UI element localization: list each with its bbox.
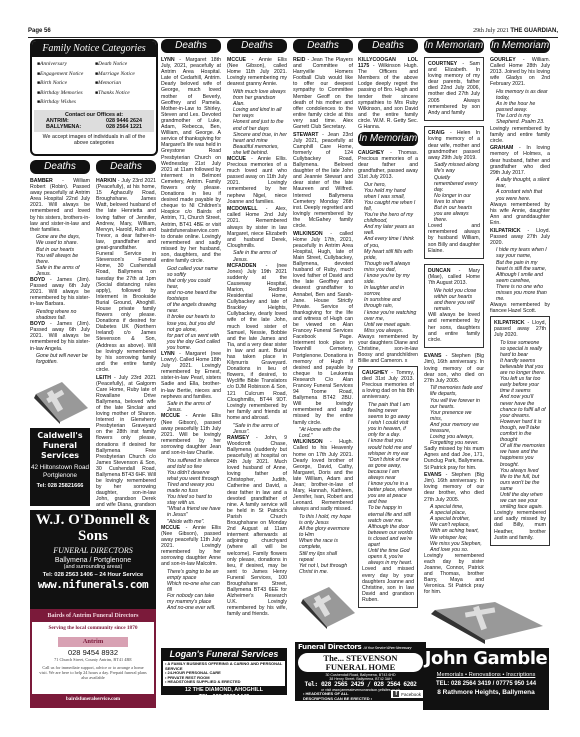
verse-line: Honest and just to the end of her days bbox=[227, 119, 287, 131]
notice-text: - called Home July 17th, 2021, peacefull… bbox=[293, 231, 353, 426]
notice-text: - July 23rd 2021 (Peacefully), at Galgor… bbox=[96, 375, 156, 527]
verse-line: Gone but will never be forgotten. bbox=[30, 353, 90, 365]
verse-line: A daily thought, a silent tear, bbox=[490, 177, 550, 189]
notice: GRAHAM - In loving memory of Holmes, a d… bbox=[490, 145, 550, 226]
verse-line: Although the door between our worlds is … bbox=[362, 524, 414, 548]
ad-caldwells-funeral-services: Caldwell's Funeral Services 42 Hiltonsto… bbox=[30, 428, 90, 506]
bible-icon bbox=[425, 600, 545, 644]
section-tab-memoriam: In Memoriam bbox=[490, 39, 550, 53]
nifunerals-link[interactable]: www.nifunerals.com bbox=[30, 578, 156, 591]
verse-line: My heart still fills with pride, bbox=[358, 249, 418, 261]
notice: WILKINSON - Hugh. Called to his Heavenly… bbox=[293, 439, 353, 575]
notice-name: REID bbox=[293, 57, 305, 63]
notice: KILLYCOOGAN LOL 1175 - Wilkinson Hugh. T… bbox=[358, 57, 418, 130]
verse-line: The Lord is my Shepherd. Psalm 23. bbox=[490, 113, 550, 125]
deaths-column-4: DeathsMCCUE - Annie Ellis (Nee Gibson), … bbox=[227, 39, 287, 639]
notice-signoff: Always remembered by your daughters Dian… bbox=[358, 334, 418, 364]
notice-text: - Annie Ellis (Nee Gibson), passed away … bbox=[161, 413, 221, 456]
deaths-memoriam-column-6: DeathsKILLYCOOGAN LOL 1175 - Wilkinson H… bbox=[358, 39, 418, 639]
notice: CRAIG - Helen In loving memory of a dear… bbox=[424, 126, 484, 259]
verse-line: God called your name so softly bbox=[161, 266, 221, 278]
notice-name: LEITH bbox=[96, 375, 111, 381]
verse-line: Tired and weary you made no fuss bbox=[161, 482, 221, 494]
category-item: Memorian bbox=[95, 79, 153, 89]
notice-name: MCCUE bbox=[227, 156, 246, 162]
category-item: Birthday Memories bbox=[37, 89, 95, 99]
notice-name: MCCUE bbox=[161, 525, 180, 531]
notice-name: COURTNEY bbox=[428, 61, 457, 67]
verse-line: When the race is complete, bbox=[293, 538, 353, 550]
verse-line: You always lived life to the full, but o… bbox=[494, 468, 546, 492]
deaths-column-3: DeathsLYNN - Margaret 18th July, 2021, p… bbox=[161, 39, 221, 639]
verse-line: Your presence we miss, bbox=[424, 410, 484, 422]
verse-line: You tried so hard to stay with us. bbox=[161, 494, 221, 506]
verse-line: Safe in the arms of Jesus. bbox=[30, 265, 90, 277]
verse-line: "Safe in the arms of Jesus". bbox=[227, 423, 287, 435]
verse-line: And your memory we treasure, bbox=[424, 422, 484, 434]
notice-signoff: Loved and missed every day by your daugh… bbox=[362, 566, 414, 603]
verse-line: I know you're watching over me, bbox=[358, 310, 418, 322]
notice-name: HARKIN bbox=[96, 178, 116, 184]
family-notice-categories: Family Notice Categories Anniversary Dea… bbox=[30, 39, 158, 156]
verse-line: and no-one heard the footsteps bbox=[161, 290, 221, 302]
verse-line: Safe in the arms of Jesus. bbox=[227, 250, 287, 262]
verse-line: You caught me when I fell, bbox=[358, 200, 418, 212]
verse-line: In sunshine and through rain, bbox=[358, 297, 418, 309]
notice-name: KILPATRICK bbox=[490, 228, 521, 234]
deaths-column-2: DeathsHARKIN - July 23rd 2021 (Peacefull… bbox=[96, 160, 156, 528]
verse-line: Although I smile and seem carefree, bbox=[490, 272, 550, 284]
categories-list: Anniversary Death Notice Engagement Noti… bbox=[32, 57, 156, 108]
notice-signoff: Will always be loved and remembered by h… bbox=[428, 312, 480, 342]
verse-line: of the angels drawing near. bbox=[161, 302, 221, 314]
notice-name: BAMBER bbox=[30, 178, 53, 184]
verse-line: "Don't think of me as gone away, because… bbox=[362, 457, 414, 481]
section-tab-deaths: Deaths bbox=[96, 160, 156, 174]
notice-name: CAUGHEY bbox=[362, 370, 388, 376]
notice-name: LYNN bbox=[161, 57, 175, 63]
notice-signoff: Lovingly remembered and sadly missed by … bbox=[494, 510, 546, 540]
verse-line: Till memories fade and life departs, bbox=[424, 385, 484, 397]
notice: COURTNEY - Sam and Elizabeth. In loving … bbox=[424, 57, 484, 121]
notice-name: MCCUE bbox=[161, 413, 180, 419]
verse-line: "What a friend we have in Jesus" bbox=[161, 506, 221, 518]
verse-line: Until the day when we can see your smili… bbox=[494, 492, 546, 510]
notice: KILPATRICK - Lloyd, passed away 27th Jul… bbox=[490, 316, 550, 546]
notice-text: - July 23rd 2021 (Peacefully), at his ho… bbox=[96, 178, 156, 373]
verse-line: that only you could hear, bbox=[161, 278, 221, 290]
verse-line: To be happy in eternal life and still wa… bbox=[362, 505, 414, 523]
categories-title: Family Notice Categories bbox=[32, 41, 156, 57]
section-tab-memoriam: In Memoriam bbox=[424, 39, 484, 53]
notice-name: CAUGHEY bbox=[358, 150, 384, 156]
verse-line: Yet not I, but through Christ in me. bbox=[293, 563, 353, 575]
verse-line: Safe in the arms of Jesus. bbox=[161, 401, 221, 413]
ad-wj-odonnell: W.J. O'Donnell & Sons FUNERAL DIRECTORS … bbox=[30, 510, 156, 620]
verse-line: I know you're by my side. bbox=[358, 273, 418, 285]
verse-line: With much love always from her grandson … bbox=[227, 89, 287, 107]
notice: BAMBER - William Robert (Robin). Passed … bbox=[30, 178, 90, 277]
notice: WILKINSON - called Home July 17th, 2021,… bbox=[293, 231, 353, 440]
verse-line: Until the time God opens it, you're alwa… bbox=[362, 548, 414, 566]
notice-text: - Alex, called Home 2nd July 2021. Remem… bbox=[227, 206, 287, 249]
verse-line: There is no one who misses you more than… bbox=[490, 284, 550, 302]
facebook-icon: f bbox=[393, 691, 399, 697]
memoriam-column-7: In MemoriamCOURTNEY - Sam and Elizabeth.… bbox=[424, 39, 484, 639]
verse-line: However hard it is though, we'll take co… bbox=[494, 419, 546, 443]
notice-name: RAMSEY bbox=[227, 435, 249, 441]
notice-signoff: Always remembered by his wife Annie, dau… bbox=[490, 202, 550, 226]
deaths-column-5: DeathsREID - Jean The Players and Commit… bbox=[293, 39, 353, 601]
verse-line: We hold you close within our hearts bbox=[428, 288, 480, 300]
section-tab-deaths: Deaths bbox=[227, 39, 287, 53]
notice-name: MCFADDEN bbox=[227, 263, 256, 269]
verse-line: And my later years as well. bbox=[358, 224, 418, 236]
verse-line: You will always be there. bbox=[30, 253, 90, 265]
ad-logans-funeral-services: Logan's Funeral Services • A FAMILY BUSI… bbox=[161, 648, 287, 695]
verse-line: Sadly missed along life's way bbox=[428, 162, 480, 174]
verse-line: You suffered in silence and told so few bbox=[161, 458, 221, 470]
verse-line: Quietly remembered every day. bbox=[428, 175, 480, 193]
verse-line: Though we'll always miss you dad, bbox=[358, 261, 418, 273]
bible-icon bbox=[298, 585, 358, 629]
category-item: Thanks Notice bbox=[95, 89, 153, 99]
notice: GOURLEY - William. Called Home 28th July… bbox=[490, 57, 550, 144]
notice: DUNCAN - Mary (Mae), called Home 7th Aug… bbox=[424, 264, 484, 348]
verse-line: His memory is as dear today, bbox=[490, 89, 550, 101]
verse-line: You didn't deserve what you went through bbox=[161, 470, 221, 482]
page-number: Page 56 bbox=[28, 28, 51, 34]
notice-signoff: Always remembered by fiancee Hazel Scott… bbox=[490, 302, 550, 314]
facebook-badge[interactable]: fFacebook bbox=[391, 690, 423, 698]
bible-icon bbox=[32, 380, 90, 424]
verse-line: I hide my tears when I say your name, bbox=[490, 247, 550, 259]
bairds-web-link[interactable]: bairdsfuneralservice.com bbox=[32, 694, 154, 706]
ad-john-gamble: John Gamble Memorials • Renovations • In… bbox=[423, 648, 549, 710]
verse-line: for part of us went with you the day God… bbox=[161, 333, 221, 351]
notice-name: EVANS bbox=[424, 472, 442, 478]
verse-line: To this I hold, my hope is only Jesus bbox=[293, 514, 353, 526]
verse-line: You will live forever in our hearts. bbox=[424, 398, 484, 410]
verse-line: Which no-one else can fill bbox=[161, 581, 221, 593]
notice-text: - John, 9 Woodcroft Chase, Ballymena (su… bbox=[227, 435, 287, 618]
verse-line: Until we meet again. bbox=[358, 322, 418, 328]
header-rule bbox=[28, 37, 558, 38]
notice: MCCUE - Annie Ellis. Precious memories o… bbox=[227, 156, 287, 205]
category-item: Death Notice bbox=[95, 60, 153, 70]
verse-line: And no-one ever will. bbox=[161, 605, 221, 611]
office-ballymena: BALLYMENA:028 2564 1221 bbox=[46, 124, 142, 130]
verse-line: You're the hero of my childhood, bbox=[358, 212, 418, 224]
verse-line: The pain that I am feeling never seems t… bbox=[362, 402, 414, 420]
verse-line: It broke our hearts to lose you, but you… bbox=[161, 314, 221, 332]
notice: LYNN - Margaret (nee Lowry). Called Home… bbox=[161, 351, 221, 413]
notice-name: STEWART bbox=[293, 132, 318, 138]
notice-name: WILKINSON bbox=[293, 231, 323, 237]
notice-text: - Annie Ellis. Precious memories of a mu… bbox=[227, 156, 287, 205]
notice-name: WILKINSON bbox=[293, 439, 323, 445]
verse-line: Still my lips shall repeat bbox=[293, 551, 353, 563]
notice: HARKIN - July 23rd 2021 (Peacefully), at… bbox=[96, 178, 156, 373]
notice: MCDOWELL - Alex, called Home 2nd July 20… bbox=[227, 206, 287, 262]
notice: LYNN - Margaret 18th July, 2021, peacefu… bbox=[161, 57, 221, 351]
memoriam-column-8: In MemoriamGOURLEY - William. Called Hom… bbox=[490, 39, 550, 599]
deaths-column-1: DeathsBAMBER - William Robert (Robin). P… bbox=[30, 160, 90, 365]
section-tab-deaths: Deaths bbox=[30, 160, 90, 174]
section-tab-deaths: Deaths bbox=[161, 39, 221, 53]
notice: CAUGHEY - Thomas. Precious memories of a… bbox=[358, 150, 418, 365]
notice-name: LYNN bbox=[161, 351, 175, 357]
category-item: Anniversary bbox=[37, 60, 95, 70]
notice-name: KILPATRICK bbox=[494, 320, 525, 326]
verse-line: Beautiful memories, she left behind. bbox=[227, 144, 287, 156]
category-item: Birthday Wishes bbox=[37, 98, 95, 108]
notice: LEITH - July 23rd 2021 (Peacefully), at … bbox=[96, 375, 156, 527]
notice-text: - William Robert (Robin). Passed away pe… bbox=[30, 178, 90, 233]
verse-line: and there you will remain. bbox=[428, 300, 480, 312]
verse-line: We miss you Stephen, bbox=[424, 541, 484, 547]
verse-line: And now you'll never have the chance to … bbox=[494, 394, 546, 418]
notice: BOYD - James (Jim). Passed away 6th July… bbox=[30, 277, 90, 321]
notice: KILPATRICK - Lloyd. Passed away 27th Jul… bbox=[490, 228, 550, 315]
verse-line: It hardly seems believable that you are … bbox=[494, 358, 546, 376]
notice-signoff: Lovingly remembered each day by sister J… bbox=[424, 553, 484, 596]
category-item: Birth Notice bbox=[37, 79, 95, 89]
verse-line: With an aching heart, bbox=[424, 528, 484, 534]
images-note: We accept images of individuals in all o… bbox=[32, 132, 156, 148]
notice-text: - Jean The Players and Committee of Harr… bbox=[293, 57, 353, 130]
notice-name: BOYD bbox=[30, 277, 45, 283]
verse-line: A constant wish that you were here. bbox=[490, 189, 550, 201]
verse-line: And every time I think of you, bbox=[358, 236, 418, 248]
verse-line: Resting where no shadows fall. bbox=[30, 309, 90, 321]
notice-text: - Annie Ellis (Nee Gibson), passed away … bbox=[161, 525, 221, 568]
verse-line: You held my hand when I was small, bbox=[358, 188, 418, 200]
notice-signoff: Loved and remembered always by husband W… bbox=[428, 223, 480, 253]
notice: MCFADDEN - (nee Jones) July 19th 2021 su… bbox=[227, 263, 287, 435]
section-tab-memoriam: In Memoriam bbox=[358, 132, 418, 146]
notice: MCCUE - Annie Ellis (Nee Gibson), called… bbox=[227, 57, 287, 156]
section-tab-deaths: Deaths bbox=[358, 39, 418, 53]
notice-text: - Margaret 18th July, 2021, peacefully a… bbox=[161, 57, 221, 264]
notice: RAMSEY - John, 9 Woodcroft Chase, Ballym… bbox=[227, 435, 287, 618]
notice-name: MCCUE bbox=[227, 57, 246, 63]
notice-signoff: Lovingly remembered by family and entire… bbox=[490, 126, 550, 144]
verse-line: Sincere and true, in her heart and mine bbox=[227, 132, 287, 144]
notice-text: - Jean 23rd July 2021, peacefully at Cam… bbox=[293, 132, 353, 229]
verse-line: "At Home with the Lord." bbox=[293, 427, 353, 439]
notice-name: MCDOWELL bbox=[227, 206, 258, 212]
verse-line: You left us far too early before your ti… bbox=[494, 376, 546, 394]
notice: EVANS - Stephen (Big Jim), 16th annivers… bbox=[424, 353, 484, 470]
notice: EVANS - Stephen (Big Jim). 16th annivers… bbox=[424, 472, 484, 595]
verse-line: To lose someone so special is really har… bbox=[494, 340, 546, 358]
verse-line: There's going to be an empty space bbox=[161, 569, 221, 581]
verse-line: For nobody can take my mammy's place bbox=[161, 593, 221, 605]
section-tab-deaths: Deaths bbox=[293, 39, 353, 53]
notice-name: GOURLEY bbox=[490, 57, 516, 63]
notice-name: BOYD bbox=[30, 321, 45, 327]
notice: REID - Jean The Players and Committee of… bbox=[293, 57, 353, 130]
notice: BOYD - James (Jim). Passed away 6th July… bbox=[30, 321, 90, 365]
verse-line: Loving and kind in all her ways bbox=[227, 107, 287, 119]
ad-bairds-of-antrim: Bairds of Antrim Funeral Directors Servi… bbox=[30, 609, 156, 708]
notice-text: - Hugh. Called to his Heavenly home on 1… bbox=[293, 439, 353, 512]
notice: MCCUE - Annie Ellis (Nee Gibson), passed… bbox=[161, 525, 221, 612]
notice-name: GRAHAM bbox=[490, 145, 513, 151]
notice-text: - Sam and Elizabeth. In loving memory of… bbox=[428, 61, 480, 116]
verse-line: But the pain in my heart is still the sa… bbox=[490, 260, 550, 272]
notice-text: - Margaret (nee Lowry). Called Home 18th… bbox=[161, 351, 221, 400]
verse-line: In laughter and in sorrow, bbox=[358, 285, 418, 297]
notice-name: DUNCAN bbox=[428, 268, 450, 274]
notice-text: - (nee Jones) July 19th 2021 suddenly at… bbox=[227, 263, 287, 421]
category-item: Engagement Notice bbox=[37, 70, 95, 80]
verse-line: But in our hearts you are always there. bbox=[428, 205, 480, 223]
verse-line: All the glory evermore to Him bbox=[293, 526, 353, 538]
notice-name: EVANS bbox=[424, 353, 442, 359]
verse-line: As in the hour he passed away. bbox=[490, 101, 550, 113]
notice: MCCUE - Annie Ellis (Nee Gibson), passed… bbox=[161, 413, 221, 524]
contact-offices: Contact our Offices at: ANTRIM:028 9446 … bbox=[34, 110, 154, 132]
verse-line: Of all the memories we have and the happ… bbox=[494, 443, 546, 467]
category-item: Marriage Notice bbox=[95, 70, 153, 80]
verse-line: No longer in our lives to share bbox=[428, 193, 480, 205]
notice: CAUGHEY - Tommy, died 31st July 2013. Pr… bbox=[358, 366, 418, 609]
verse-line: I know that you would hold me and whispe… bbox=[362, 438, 414, 456]
notice-name: CRAIG bbox=[428, 130, 445, 136]
notice-signoff: Sadly missed by his mum Agnes and dad Jo… bbox=[424, 446, 484, 470]
verse-line: I wish I could visit you in heaven, if o… bbox=[362, 420, 414, 438]
notice: STEWART - Jean 23rd July 2021, peacefull… bbox=[293, 132, 353, 230]
verse-line: I know you're in a better place, where y… bbox=[362, 481, 414, 505]
ad-stevenson-funeral-home: Funeral Directors At Your Service When N… bbox=[295, 642, 426, 701]
page-dateline: 29th July 2021 THE GUARDIAN, bbox=[473, 28, 558, 34]
notice-text: - Wilkinson Hugh. The Officers and Membe… bbox=[358, 63, 418, 130]
